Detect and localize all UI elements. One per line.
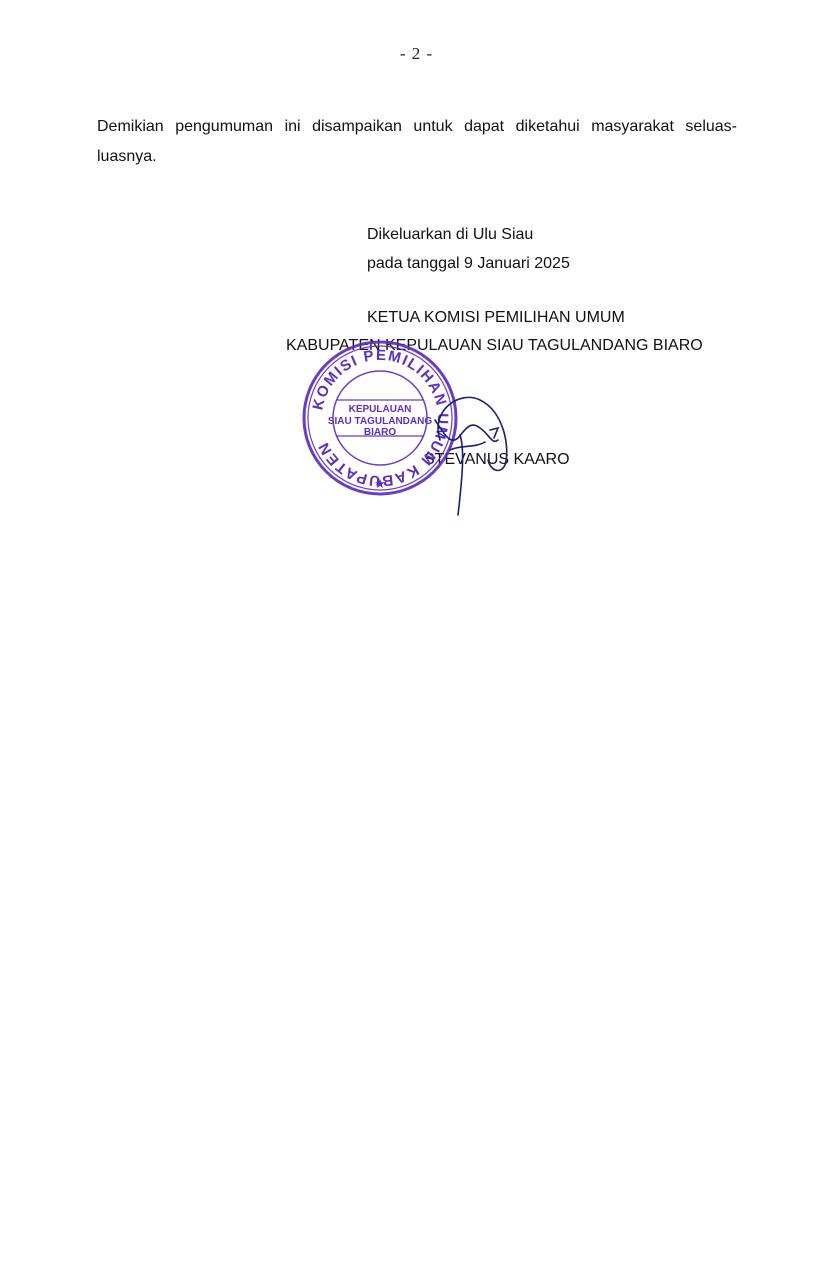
stamp-star-icon: ★ bbox=[374, 476, 386, 491]
issued-place: Dikeluarkan di Ulu Siau bbox=[367, 226, 533, 244]
issued-date: pada tanggal 9 Januari 2025 bbox=[367, 255, 570, 273]
closing-line-2: luasnya. bbox=[97, 142, 737, 172]
svg-text:SIAU TAGULANDANG: SIAU TAGULANDANG bbox=[328, 416, 432, 427]
handwritten-signature bbox=[420, 390, 530, 520]
svg-text:KEPULAUAN: KEPULAUAN bbox=[349, 404, 412, 415]
svg-text:BIARO: BIARO bbox=[364, 427, 396, 438]
page-number: - 2 - bbox=[0, 44, 833, 64]
closing-line-1: Demikian pengumuman ini disampaikan untu… bbox=[97, 112, 737, 142]
closing-paragraph: Demikian pengumuman ini disampaikan untu… bbox=[97, 112, 737, 172]
position-title: KETUA KOMISI PEMILIHAN UMUM bbox=[367, 309, 625, 327]
